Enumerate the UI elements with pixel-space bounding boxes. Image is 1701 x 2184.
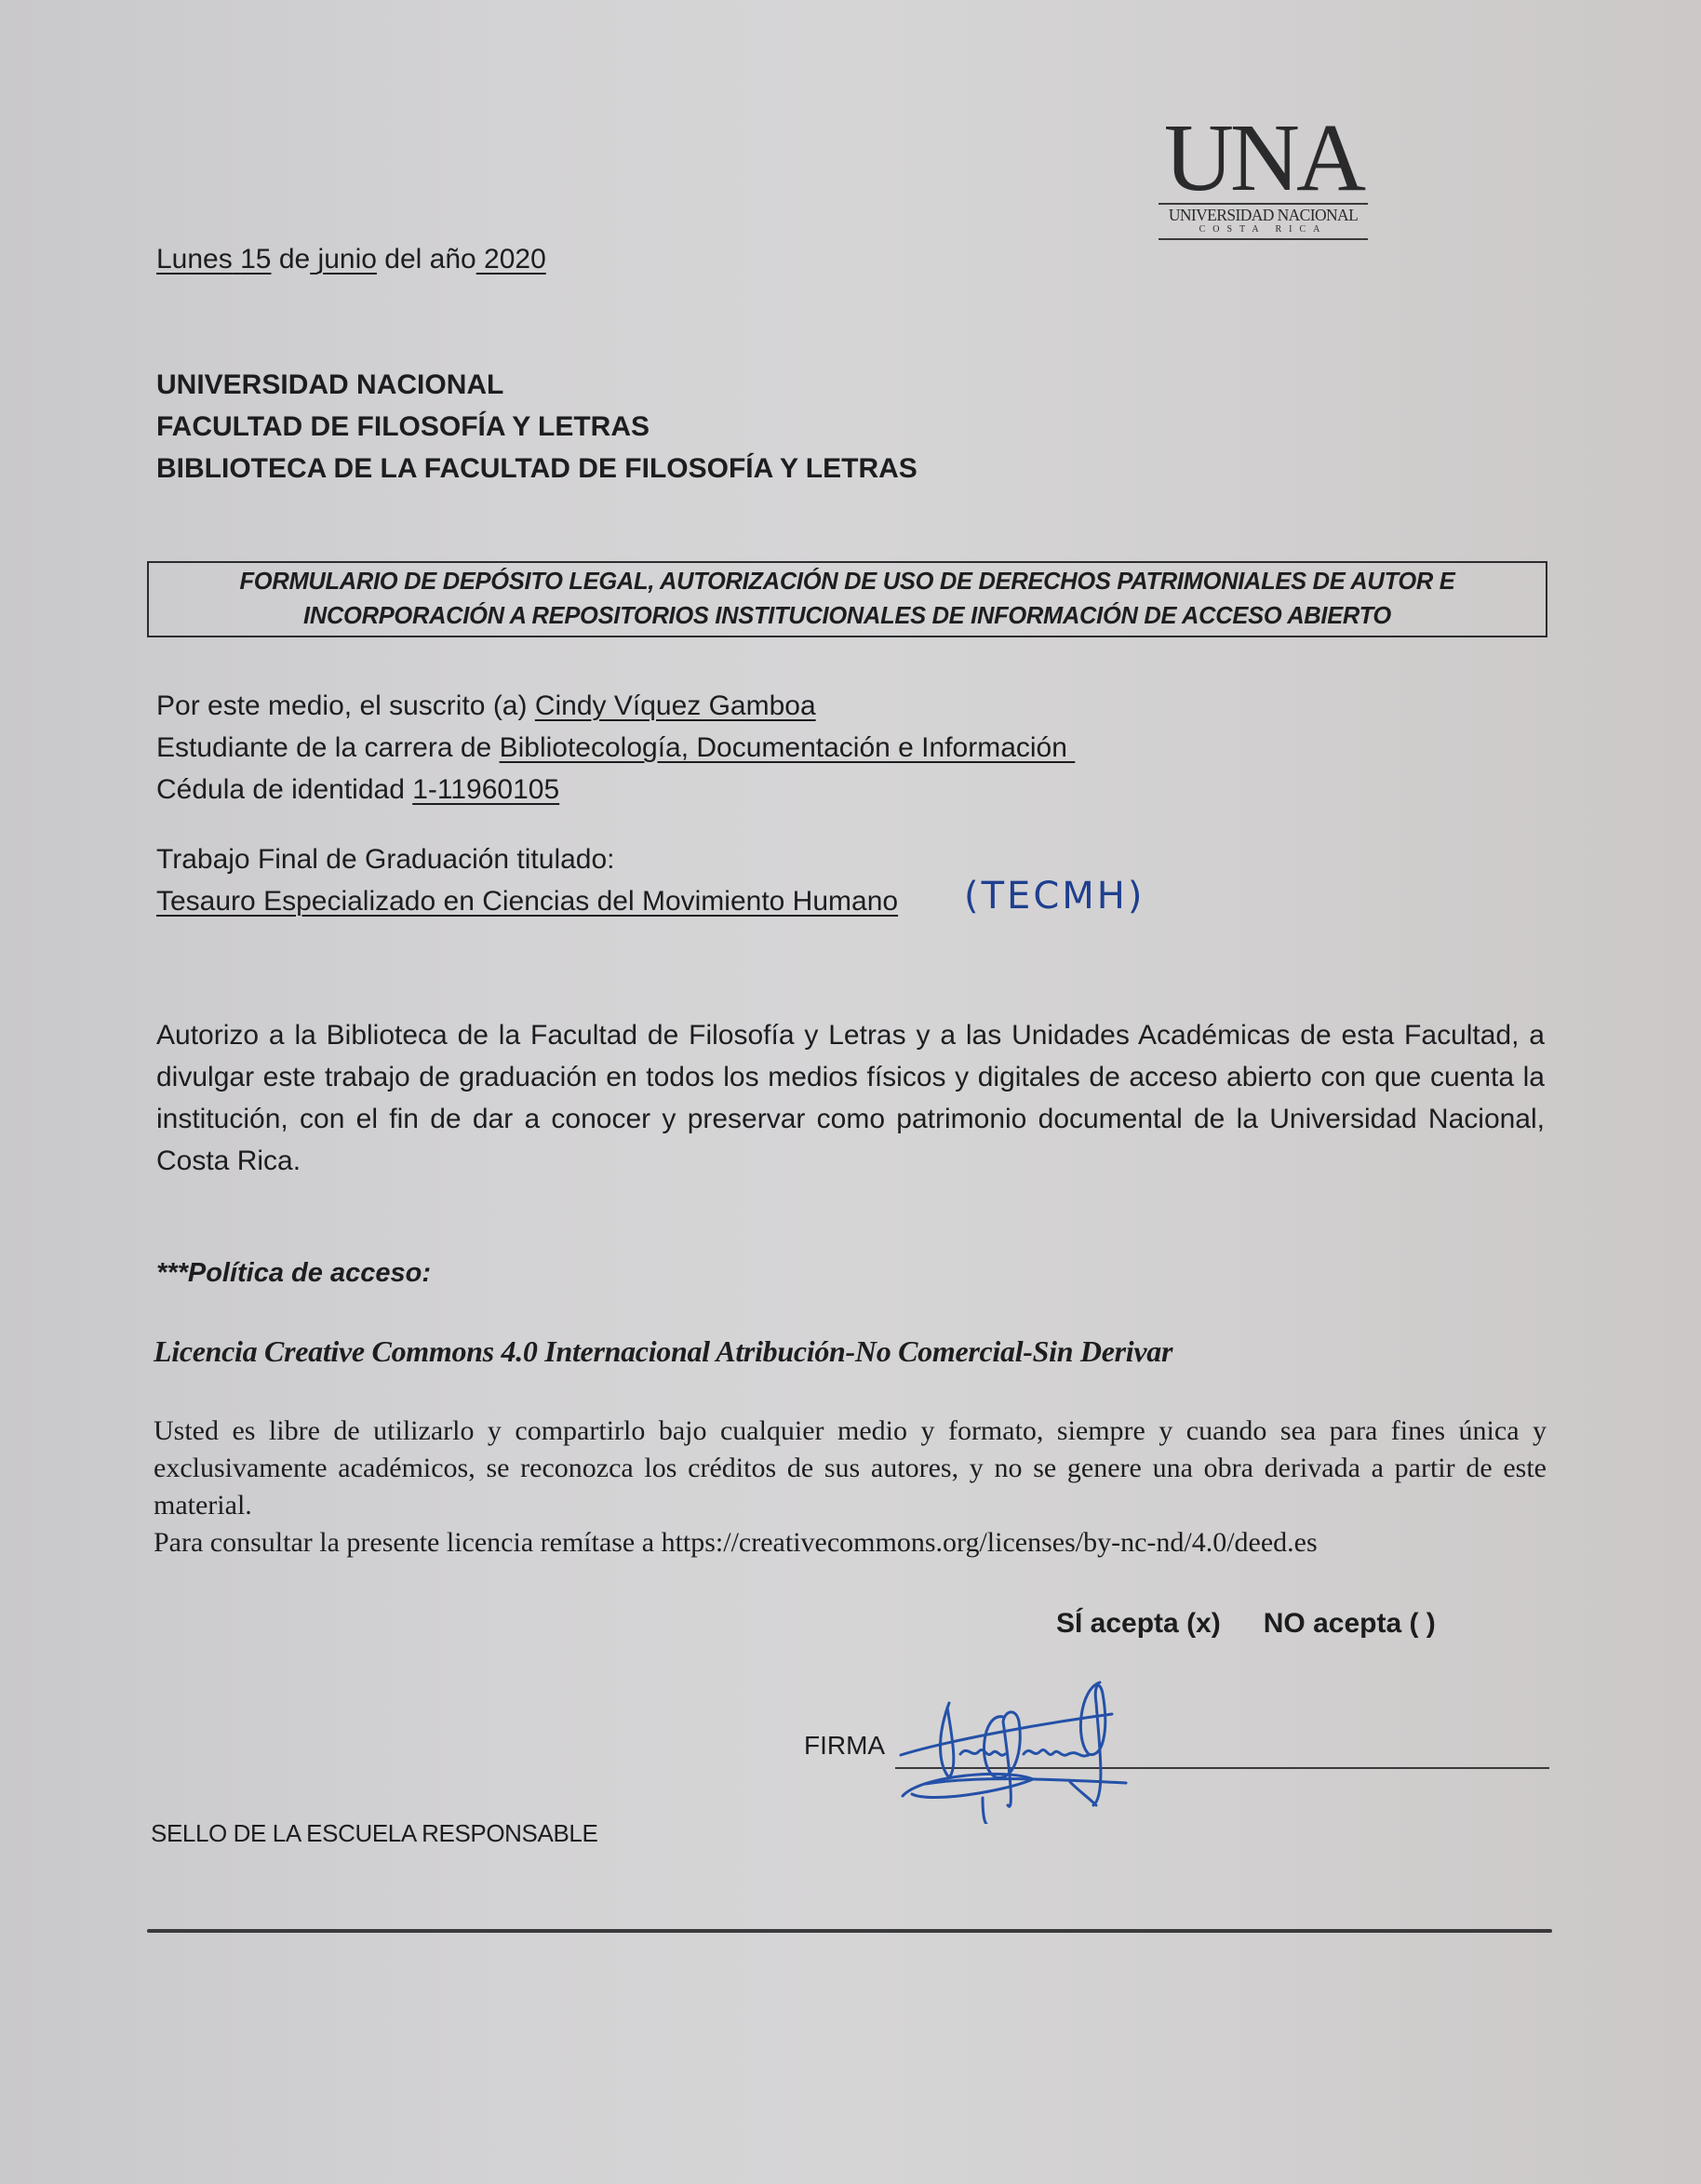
consult-text: Para consultar la presente licencia remí… — [154, 1524, 1547, 1561]
handwritten-acronym: (TECMH) — [964, 875, 1145, 918]
id-line: Cédula de identidad 1-11960105 — [156, 769, 1075, 811]
header-faculty: FACULTAD DE FILOSOFÍA Y LETRAS — [156, 406, 917, 448]
career-label: Estudiante de la carrera de — [156, 732, 491, 763]
date-year: 2020 — [476, 244, 546, 275]
career-line: Estudiante de la carrera de Bibliotecolo… — [156, 727, 1075, 769]
document-date: Lunes 15 de junio del año 2020 — [156, 244, 546, 275]
header-university: UNIVERSIDAD NACIONAL — [156, 364, 917, 406]
id-label: Cédula de identidad — [156, 774, 405, 805]
thesis-title: Tesauro Especializado en Ciencias del Mo… — [156, 886, 898, 918]
date-weekday-day: Lunes 15 — [156, 244, 271, 275]
date-month-text: junio — [318, 244, 377, 275]
subscriber-line: Por este medio, el suscrito (a) Cindy Ví… — [156, 685, 1075, 727]
usage-text: Usted es libre de utilizarlo y compartir… — [154, 1413, 1547, 1524]
document-page: UNA UNIVERSIDAD NACIONAL COSTA RICA Lune… — [0, 0, 1701, 2184]
form-title-line1: FORMULARIO DE DEPÓSITO LEGAL, AUTORIZACI… — [240, 565, 1455, 599]
date-weekday: Lunes — [156, 244, 233, 275]
policy-heading: ***Política de acceso: — [156, 1258, 431, 1289]
date-month: junio — [310, 244, 377, 275]
date-day: 15 — [240, 244, 271, 275]
logo-country: COSTA RICA — [1159, 224, 1368, 235]
logo-name: UNIVERSIDAD NACIONAL — [1159, 206, 1368, 224]
date-of: de — [279, 244, 310, 275]
seal-line — [147, 1929, 1552, 1933]
thesis-title-text: Tesauro Especializado en Ciencias del Mo… — [156, 886, 898, 917]
subscriber-name: Cindy Víquez Gamboa — [535, 690, 816, 721]
header-library: BIBLIOTECA DE LA FACULTAD DE FILOSOFÍA Y… — [156, 448, 917, 489]
institution-header: UNIVERSIDAD NACIONAL FACULTAD DE FILOSOF… — [156, 364, 917, 489]
una-logo: UNA UNIVERSIDAD NACIONAL COSTA RICA — [1159, 116, 1368, 241]
seal-label: SELLO DE LA ESCUELA RESPONSABLE — [151, 1819, 597, 1848]
subscriber-label: Por este medio, el suscrito (a) — [156, 690, 527, 721]
logo-acronym: UNA — [1159, 116, 1368, 200]
handwritten-signature-icon — [893, 1666, 1163, 1824]
date-year-prefix: del año — [384, 244, 475, 275]
date-year-text: 2020 — [484, 244, 546, 275]
accept-no-option[interactable]: NO acepta ( ) — [1264, 1608, 1436, 1639]
form-title-line2: INCORPORACIÓN A REPOSITORIOS INSTITUCION… — [303, 599, 1391, 634]
career-text: Bibliotecología, Documentación e Informa… — [500, 732, 1067, 763]
signature-label: FIRMA — [804, 1731, 885, 1761]
career-value: Bibliotecología, Documentación e Informa… — [500, 732, 1076, 763]
identification-block: Por este medio, el suscrito (a) Cindy Ví… — [156, 685, 1075, 811]
acceptance-options: SÍ acepta (x)NO acepta ( ) — [1056, 1608, 1479, 1640]
form-title-box: FORMULARIO DE DEPÓSITO LEGAL, AUTORIZACI… — [147, 561, 1547, 637]
license-terms: Usted es libre de utilizarlo y compartir… — [154, 1413, 1547, 1561]
accept-yes-option[interactable]: SÍ acepta (x) — [1056, 1608, 1221, 1639]
authorization-paragraph: Autorizo a la Biblioteca de la Facultad … — [156, 1014, 1545, 1182]
logo-rule-bottom — [1159, 238, 1368, 240]
license-title: Licencia Creative Commons 4.0 Internacio… — [154, 1334, 1172, 1369]
thesis-label: Trabajo Final de Graduación titulado: — [156, 844, 615, 876]
id-number: 1-11960105 — [412, 774, 559, 805]
